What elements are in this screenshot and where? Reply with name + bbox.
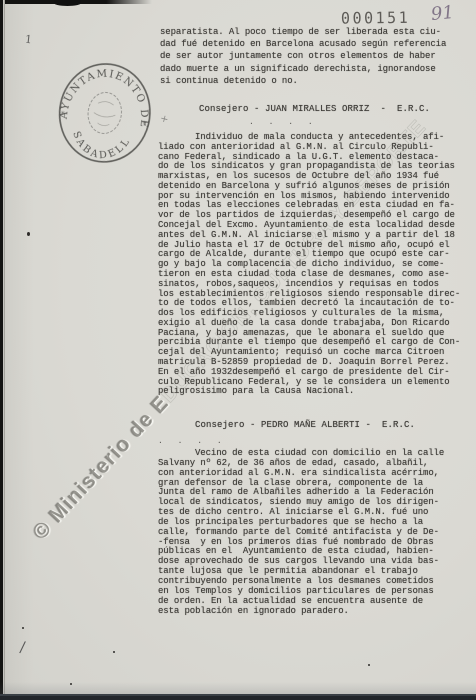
- stamp-star-left-icon: ✳: [60, 109, 66, 117]
- typed-line: si continua detenido o no.: [160, 75, 446, 87]
- typed-line: de ser autor juntamente con otros elemen…: [160, 50, 446, 62]
- scan-edge-bottom: [0, 694, 476, 700]
- scan-edge-top-blob: [54, 0, 81, 6]
- typed-line: peligrosisimo para la Causa Nacional.: [158, 387, 460, 397]
- heading-consejero-miralles: Consejero - JUAN MIRALLES ORRIZ - E.R.C.: [199, 104, 430, 114]
- typed-line: esta población en ignorado paradero.: [158, 607, 444, 617]
- stamp-bottom-arc-text: SABADELL: [67, 129, 133, 165]
- stamp-emblem-detail: [93, 100, 117, 126]
- dust-speck: [22, 627, 24, 629]
- stamp-coat-of-arms: [86, 90, 124, 135]
- paragraph-continuation: separatista. Al poco tiempo de ser liber…: [160, 26, 446, 87]
- pencil-slash-mark: /: [19, 638, 27, 657]
- dust-speck: [27, 232, 30, 236]
- heading-consejero-mane: Consejero - PEDRO MAÑE ALBERTI - E.R.C.: [195, 420, 415, 430]
- dust-speck: [113, 651, 115, 653]
- watermark-visible-text: © Ministerio de E: [28, 391, 173, 544]
- ayuntamiento-sabadell-stamp: AYUNTAMIENTO DE SABADELL ✳ ✳: [50, 52, 160, 169]
- dust-speck: [70, 683, 72, 685]
- scan-edge-left: [0, 0, 5, 700]
- handwritten-folio-number: 91: [430, 2, 455, 25]
- stamp-star-right-icon: ✳: [142, 119, 148, 127]
- registry-number-stamp: 000151: [341, 8, 410, 28]
- paragraph-mane-report: Vecino de esta ciudad con domicilio en l…: [158, 449, 444, 616]
- typed-line: dad fué detenido en Barcelona acusado se…: [160, 38, 446, 50]
- typed-line: separatista. Al poco tiempo de ser liber…: [160, 26, 446, 38]
- dust-speck: [368, 664, 370, 666]
- scanned-document-page: 000151 91 AYUNTAMIENTO DE SABADELL ✳ ✳ s…: [0, 0, 476, 700]
- stamp-top-arc-text: AYUNTAMIENTO DE: [57, 62, 156, 130]
- paragraph-miralles-report: Individuo de mala conducta y antecedente…: [158, 133, 460, 397]
- dot-separator: · · · ·: [249, 119, 318, 128]
- pencil-mark: 1: [24, 33, 32, 47]
- typed-line: dado muerte a un significado derechista,…: [160, 63, 446, 75]
- pencil-cross-mark: +: [159, 113, 170, 126]
- dot-separator: · · · ·: [158, 438, 227, 447]
